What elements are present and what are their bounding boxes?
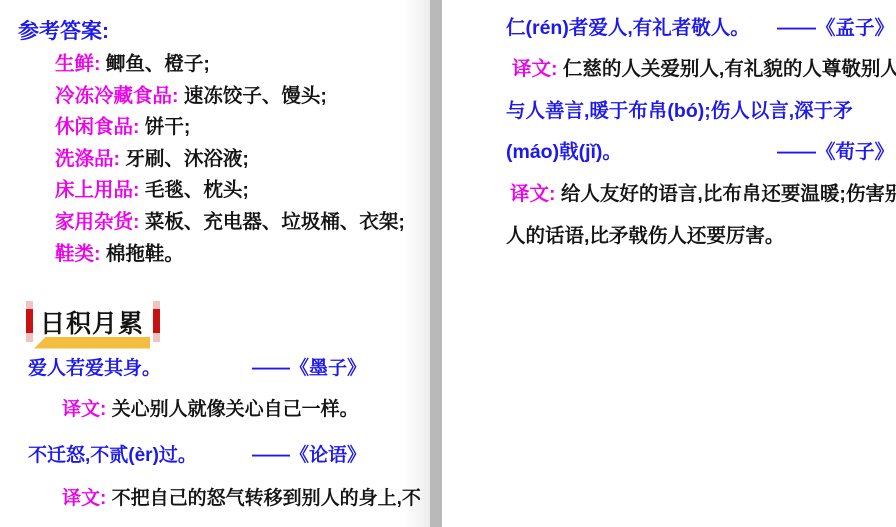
category-values: 速冻饺子、馒头; <box>179 85 327 107</box>
answer-item: 生鲜: 鲫鱼、橙子; <box>55 49 405 81</box>
answer-item: 洗涤品: 牙刷、沐浴液; <box>55 144 405 176</box>
translation-label: 译文: <box>512 58 558 80</box>
section-title: 日积月累 <box>40 304 144 340</box>
quote-text: 不迁怒,不贰(èr)过。 <box>28 444 197 468</box>
quote-row: (máo)戟(jǐ)。 ——《荀子》 <box>506 140 894 164</box>
quote-text: 仁(rén)者爱人,有礼者敬人。 <box>506 16 750 40</box>
quote-row: 仁(rén)者爱人,有礼者敬人。 ——《孟子》 <box>506 16 894 40</box>
translation-text-line: 人的话语,比矛戟伤人还要厉害。 <box>506 224 894 248</box>
quote-source: ——《论语》 <box>252 444 366 468</box>
page-gap-divider <box>430 0 442 527</box>
translation-text: 关心别人就像关心自己一样。 <box>106 399 358 420</box>
category-label: 床上用品: <box>55 179 140 201</box>
answer-item: 家用杂货: 菜板、充电器、垃圾桶、衣架; <box>55 207 405 239</box>
translation-label: 译文: <box>510 183 556 205</box>
page-edge-shadow <box>404 0 430 527</box>
quote-source: ——《孟子》 <box>777 16 894 40</box>
translation-label: 译文: <box>62 488 106 509</box>
translation-row: 译文: 关心别人就像关心自己一样。 <box>62 398 359 422</box>
translation-label: 译文: <box>62 399 106 420</box>
answer-item: 休闲食品: 饼干; <box>55 112 405 144</box>
translation-text: 给人友好的语言,比布帛还要温暖;伤害别 <box>556 183 896 205</box>
quote-text-line: 与人善言,暖于布帛(bó);伤人以言,深于矛 <box>506 99 894 123</box>
translation-row: 译文: 仁慈的人关爱别人,有礼貌的人尊敬别人。 <box>512 57 894 81</box>
section-banner-inner: 日积月累 <box>40 304 144 340</box>
translation-row: 译文: 给人友好的语言,比布帛还要温暖;伤害别 <box>510 182 894 206</box>
category-label: 休闲食品: <box>55 116 140 138</box>
category-values: 毛毯、枕头; <box>140 179 249 201</box>
category-label: 家用杂货: <box>55 211 140 233</box>
translation-text: 不把自己的怒气转移到别人的身上,不 <box>106 488 421 509</box>
category-values: 饼干; <box>140 116 191 138</box>
document-two-page-view: 参考答案: 生鲜: 鲫鱼、橙子; 冷冻冷藏食品: 速冻饺子、馒头; 休闲食品: … <box>0 0 896 527</box>
category-label: 洗涤品: <box>55 148 120 170</box>
category-values: 棉拖鞋。 <box>101 243 184 265</box>
category-values: 牙刷、沐浴液; <box>120 148 249 170</box>
quote-text: (máo)戟(jǐ)。 <box>506 140 622 164</box>
category-values: 鲫鱼、橙子; <box>101 53 210 75</box>
quote-text: 爱人若爱其身。 <box>28 357 161 381</box>
red-accent-bar-right-icon <box>153 301 160 342</box>
reference-answers-heading: 参考答案: <box>18 19 109 45</box>
section-banner: 日积月累 <box>26 300 160 343</box>
category-values: 菜板、充电器、垃圾桶、衣架; <box>140 211 405 233</box>
category-label: 冷冻冷藏食品: <box>55 85 179 107</box>
red-accent-bar-left-icon <box>26 301 33 342</box>
category-label: 生鲜: <box>55 53 101 75</box>
quote-source: ——《荀子》 <box>777 140 894 164</box>
answer-item: 鞋类: 棉拖鞋。 <box>55 239 405 271</box>
answer-item: 床上用品: 毛毯、枕头; <box>55 175 405 207</box>
category-label: 鞋类: <box>55 243 101 265</box>
translation-text: 仁慈的人关爱别人,有礼貌的人尊敬别人。 <box>558 58 896 80</box>
translation-row: 译文: 不把自己的怒气转移到别人的身上,不 <box>62 487 421 511</box>
quote-row: 不迁怒,不贰(èr)过。 ——《论语》 <box>28 444 366 468</box>
quote-source: ——《墨子》 <box>252 357 366 381</box>
answer-item: 冷冻冷藏食品: 速冻饺子、馒头; <box>55 81 405 113</box>
quote-row: 爱人若爱其身。 ——《墨子》 <box>28 357 366 381</box>
answer-list: 生鲜: 鲫鱼、橙子; 冷冻冷藏食品: 速冻饺子、馒头; 休闲食品: 饼干; 洗涤… <box>55 49 405 270</box>
